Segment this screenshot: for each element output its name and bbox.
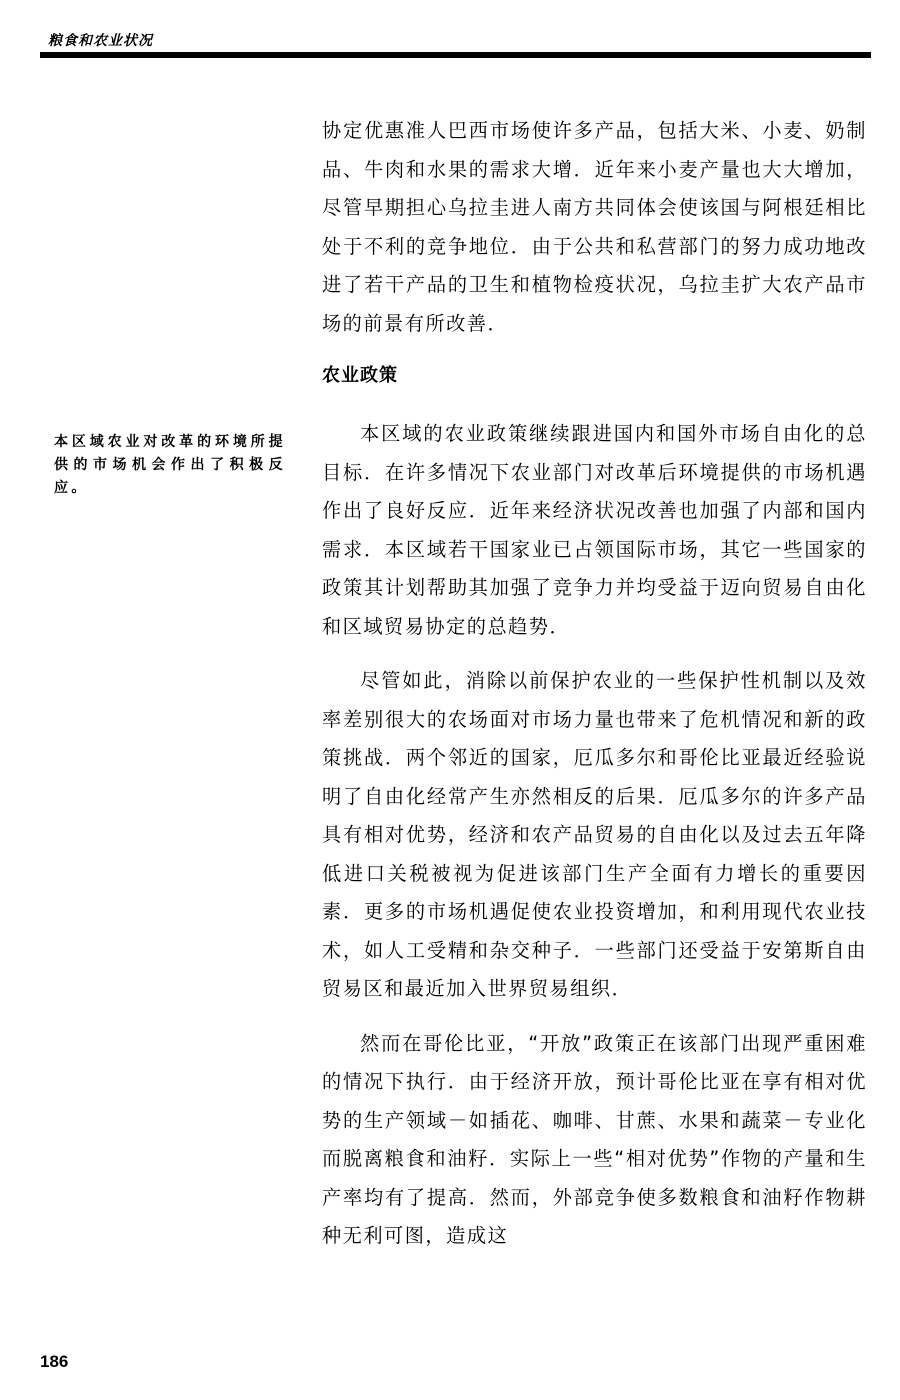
section-heading: 农业政策 [322,343,867,415]
paragraph: 然而在哥伦比亚，“开放”政策正在该部门出现严重困难的情况下执行．由于经济开放，预… [322,1025,867,1256]
page-number: 186 [40,1352,68,1372]
margin-note: 本区域农业对改革的环境所提供的市场机会作出了积极反应。 [54,431,286,500]
paragraph: 本区域的农业政策继续跟进国内和国外市场自由化的总目标．在许多情况下农业部门对改革… [322,415,867,646]
main-text-column: 协定优惠准人巴西市场使许多产品，包括大米、小麦、奶制品、牛肉和水果的需求大增．近… [322,112,867,1256]
header-rule [40,52,871,58]
paragraph-continued: 协定优惠准人巴西市场使许多产品，包括大米、小麦、奶制品、牛肉和水果的需求大增．近… [322,112,867,343]
running-head-title: 粮食和农业状况 [48,30,153,50]
paragraph: 尽管如此，消除以前保护农业的一些保护性机制以及效率差别很大的农场面对市场力量也带… [322,662,867,1009]
